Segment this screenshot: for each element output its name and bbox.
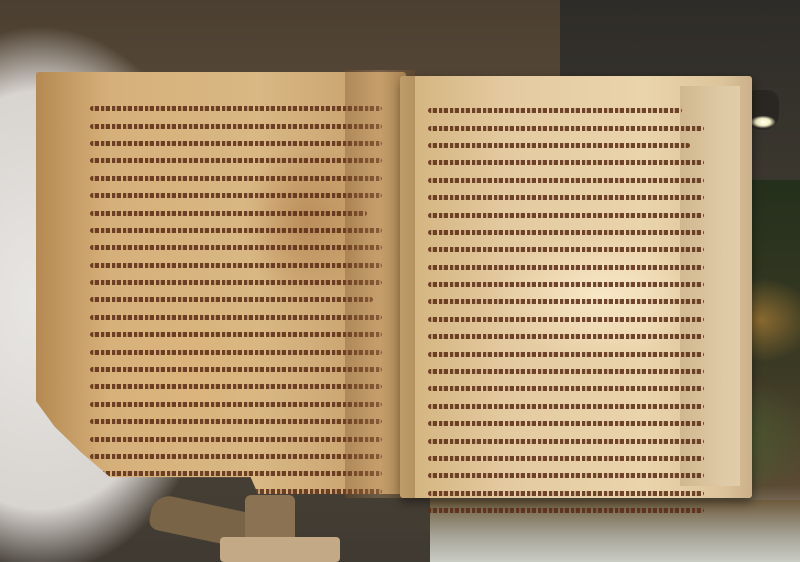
manuscript-line: [428, 415, 704, 432]
ink-script: [428, 508, 704, 513]
manuscript-line: [428, 502, 704, 519]
ink-script: [428, 143, 690, 148]
ink-script: [90, 106, 382, 111]
ink-script: [90, 176, 382, 181]
ink-script: [428, 473, 704, 478]
manuscript-line: [428, 432, 704, 449]
manuscript-line: [90, 430, 382, 447]
manuscript-line: [428, 224, 704, 241]
ink-script: [90, 158, 382, 163]
manuscript-line: [90, 257, 382, 274]
ink-script: [90, 332, 382, 337]
ink-script: [428, 386, 704, 391]
ink-script: [428, 421, 704, 426]
ink-script: [428, 265, 704, 270]
ink-script: [90, 384, 382, 389]
manuscript-line: [428, 485, 704, 502]
ink-script: [90, 245, 382, 250]
manuscript-line: [428, 293, 704, 310]
ink-script: [428, 491, 704, 496]
manuscript-line: [90, 239, 382, 256]
right-page-text: [428, 102, 704, 519]
ink-script: [428, 404, 704, 409]
ink-script: [90, 228, 382, 233]
manuscript-line: [90, 326, 382, 343]
ink-script: [428, 178, 704, 183]
manuscript-line: [428, 328, 704, 345]
manuscript-line: [90, 361, 382, 378]
ink-script: [90, 367, 382, 372]
ink-script: [428, 299, 704, 304]
ink-script: [428, 126, 704, 131]
manuscript-line: [428, 137, 704, 154]
ink-script: [428, 317, 704, 322]
display-stand: [150, 495, 340, 562]
ink-script: [90, 297, 373, 302]
ink-script: [428, 230, 704, 235]
manuscript-spine-fold: [345, 70, 415, 498]
manuscript-line: [428, 345, 704, 362]
manuscript-line: [90, 117, 382, 134]
manuscript-line: [428, 206, 704, 223]
manuscript-line: [90, 343, 382, 360]
manuscript-right-page: [400, 76, 752, 498]
manuscript-line: [90, 378, 382, 395]
ink-script: [90, 211, 367, 216]
manuscript-line: [428, 102, 704, 119]
manuscript-line: [428, 119, 704, 136]
manuscript-line: [90, 448, 382, 465]
ink-script: [90, 402, 382, 407]
ink-script: [428, 213, 704, 218]
manuscript-line: [428, 276, 704, 293]
ink-script: [428, 195, 704, 200]
manuscript-line: [428, 189, 704, 206]
ink-script: [90, 419, 382, 424]
ink-script: [428, 282, 704, 287]
manuscript-line: [428, 398, 704, 415]
ink-script: [90, 437, 382, 442]
ink-script: [90, 193, 382, 198]
manuscript-line: [90, 152, 382, 169]
ink-script: [428, 108, 682, 113]
ink-script: [428, 352, 704, 357]
manuscript-line: [428, 172, 704, 189]
manuscript-line: [428, 380, 704, 397]
ink-script: [90, 141, 382, 146]
manuscript-line: [428, 259, 704, 276]
ink-script: [428, 334, 704, 339]
manuscript-line: [90, 100, 382, 117]
manuscript-line: [90, 309, 382, 326]
stand-base: [220, 537, 340, 562]
manuscript-line: [428, 241, 704, 258]
manuscript-line: [90, 187, 382, 204]
manuscript-line: [90, 413, 382, 430]
manuscript-line: [428, 154, 704, 171]
ink-script: [428, 247, 704, 252]
ink-script: [428, 369, 704, 374]
manuscript-line: [428, 467, 704, 484]
ink-script: [428, 160, 704, 165]
ink-script: [90, 280, 382, 285]
manuscript-line: [90, 170, 382, 187]
ink-script: [428, 456, 704, 461]
manuscript-line: [428, 450, 704, 467]
ink-script: [90, 350, 382, 355]
manuscript-line: [428, 363, 704, 380]
ink-script: [428, 439, 704, 444]
manuscript-line: [90, 135, 382, 152]
ink-script: [90, 263, 382, 268]
left-page-text: [90, 100, 382, 517]
ink-script: [90, 471, 382, 476]
manuscript-line: [90, 274, 382, 291]
ink-script: [90, 124, 382, 129]
manuscript-line: [90, 291, 382, 308]
ink-script: [90, 454, 382, 459]
ink-script: [90, 315, 382, 320]
manuscript-line: [90, 396, 382, 413]
manuscript-line: [90, 204, 382, 221]
manuscript-line: [90, 222, 382, 239]
manuscript-line: [428, 311, 704, 328]
